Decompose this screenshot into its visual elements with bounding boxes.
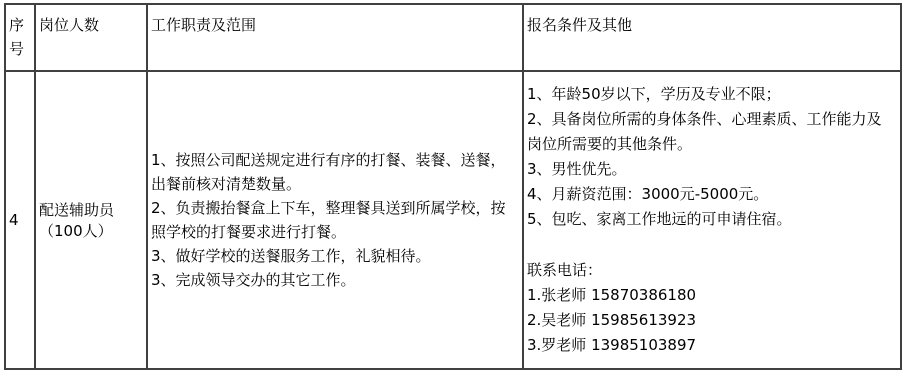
- contact-item: 3.罗老师 13985103897: [527, 333, 896, 358]
- requirement-item: 2、具备岗位所需的身体条件、心理素质、工作能力及岗位所需要的其他条件。: [527, 107, 896, 157]
- job-table: 序号 岗位人数 工作职责及范围 报名条件及其他 4 配送辅助员（100人） 1、…: [4, 3, 902, 370]
- duty-item: 3、做好学校的送餐服务工作，礼貌相待。: [151, 244, 518, 268]
- duty-item: 2、负责搬抬餐盒上下车，整理餐具送到所属学校，按照学校的打餐要求进行打餐。: [151, 196, 518, 244]
- cell-duties: 1、按照公司配送规定进行有序的打餐、装餐、送餐，出餐前核对清楚数量。 2、负责搬…: [147, 71, 523, 369]
- duty-item: 3、完成领导交办的其它工作。: [151, 268, 518, 292]
- requirement-item: 1、年龄50岁以下，学历及专业不限；: [527, 82, 896, 107]
- duty-item: 1、按照公司配送规定进行有序的打餐、装餐、送餐，出餐前核对清楚数量。: [151, 148, 518, 196]
- table-header-row: 序号 岗位人数 工作职责及范围 报名条件及其他: [5, 4, 901, 71]
- cell-position: 配送辅助员（100人）: [35, 71, 147, 369]
- contact-heading: 联系电话：: [527, 258, 896, 283]
- header-position-count: 岗位人数: [35, 4, 147, 71]
- header-serial: 序号: [5, 4, 35, 71]
- table-row: 4 配送辅助员（100人） 1、按照公司配送规定进行有序的打餐、装餐、送餐，出餐…: [5, 71, 901, 369]
- contact-item: 2.吴老师 15985613923: [527, 308, 896, 333]
- requirement-item: 5、包吃、家离工作地远的可申请住宿。: [527, 207, 896, 232]
- contact-item: 1.张老师 15870386180: [527, 283, 896, 308]
- requirement-item: 4、月薪资范围：3000元-5000元。: [527, 182, 896, 207]
- header-requirements: 报名条件及其他: [523, 4, 901, 71]
- cell-serial: 4: [5, 71, 35, 369]
- header-duties: 工作职责及范围: [147, 4, 523, 71]
- recruitment-page: 序号 岗位人数 工作职责及范围 报名条件及其他 4 配送辅助员（100人） 1、…: [0, 0, 912, 377]
- cell-requirements: 1、年龄50岁以下，学历及专业不限； 2、具备岗位所需的身体条件、心理素质、工作…: [523, 71, 901, 369]
- requirement-item: 3、男性优先。: [527, 157, 896, 182]
